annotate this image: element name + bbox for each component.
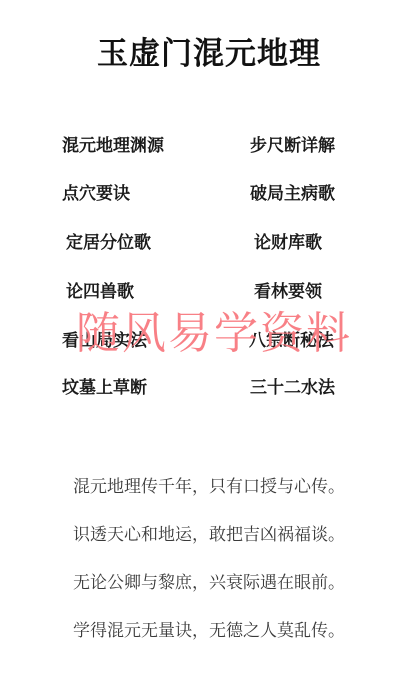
contents-item: 论四兽歌 xyxy=(66,282,134,302)
contents-item: 坟墓上草断 xyxy=(62,378,147,398)
contents-item: 点穴要诀 xyxy=(62,184,130,204)
contents-item: 步尺断详解 xyxy=(250,136,335,156)
poem-line: 无论公卿与黎庶，兴衰际遇在眼前。 xyxy=(0,572,418,594)
contents-item: 看林要领 xyxy=(254,282,322,302)
contents-item: 混元地理渊源 xyxy=(62,136,164,156)
contents-item: 定居分位歌 xyxy=(66,233,151,253)
contents-item: 论财库歌 xyxy=(254,233,322,253)
poem-line: 学得混元无量诀，无德之人莫乱传。 xyxy=(0,620,418,642)
poem-line: 混元地理传千年，只有口授与心传。 xyxy=(0,476,418,498)
poem-line: 识透天心和地运，敢把吉凶祸福谈。 xyxy=(0,524,418,546)
contents-item: 破局主病歌 xyxy=(250,184,335,204)
page-title: 玉虚门混元地理 xyxy=(0,28,418,73)
watermark: 随风易学资料 xyxy=(76,306,352,362)
contents-item: 三十二水法 xyxy=(250,378,335,398)
